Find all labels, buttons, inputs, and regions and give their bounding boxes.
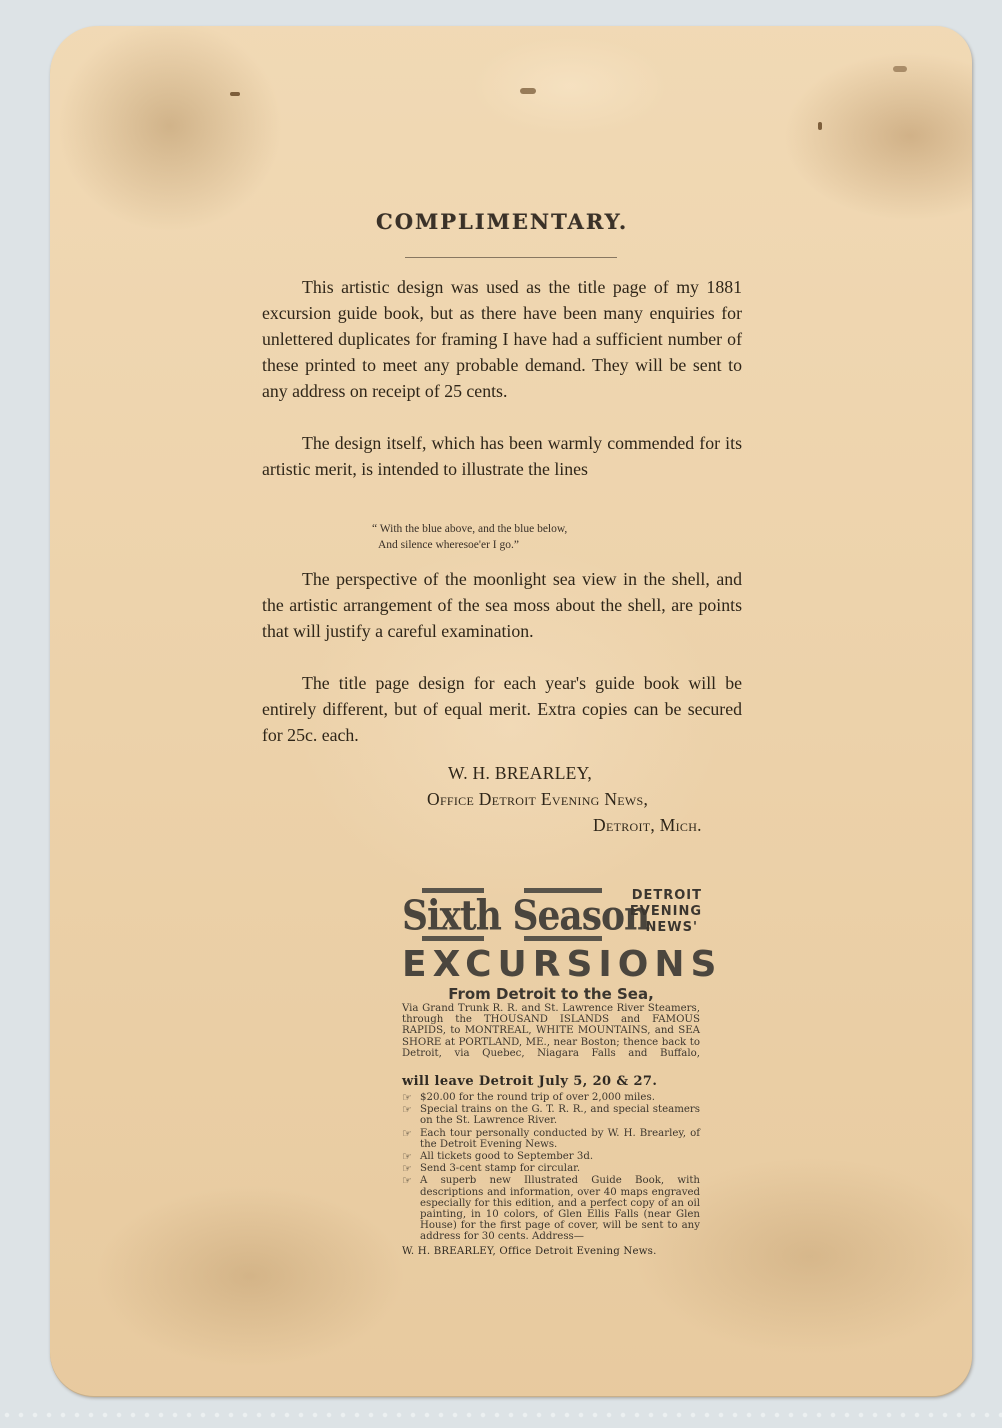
list-item: ☞ Special trains on the G. T. R. R., and… xyxy=(402,1104,700,1126)
departure-dates: will leave Detroit July 5, 20 & 27. xyxy=(402,1074,700,1089)
excursions-title: EXCURSIONS xyxy=(402,946,700,984)
list-item: ☞ Each tour personally conducted by W. H… xyxy=(402,1128,700,1150)
excursion-subtitle: From Detroit to the Sea, xyxy=(402,985,700,1003)
pointing-hand-icon: ☞ xyxy=(402,1104,420,1126)
title-divider xyxy=(405,257,617,258)
ornament-bar xyxy=(422,936,484,941)
pointing-hand-icon: ☞ xyxy=(402,1128,420,1150)
ad-address: W. H. BREARLEY, Office Detroit Evening N… xyxy=(402,1246,700,1257)
list-item: ☞ Send 3-cent stamp for circular. xyxy=(402,1163,700,1174)
route-description: Via Grand Trunk R. R. and St. Lawrence R… xyxy=(402,1003,700,1059)
ink-stain xyxy=(520,88,536,94)
page-title: COMPLIMENTARY. xyxy=(262,209,742,234)
paragraph-perspective: The perspective of the moonlight sea vie… xyxy=(262,566,742,644)
paragraph-intro: This artistic design was used as the tit… xyxy=(262,274,742,404)
excursion-advertisement: Sixth Season DETROIT EVENING NEWS' EXCUR… xyxy=(402,886,700,948)
publisher-name: DETROIT EVENING NEWS' xyxy=(612,888,702,936)
ink-stain xyxy=(893,66,907,72)
pointing-hand-icon: ☞ xyxy=(402,1175,420,1242)
paragraph-extra-copies: The title page design for each year's gu… xyxy=(262,670,742,748)
list-item: ☞ All tickets good to September 3d. xyxy=(402,1151,700,1162)
pointing-hand-icon: ☞ xyxy=(402,1092,420,1103)
signature-city: Detroit, Mich. xyxy=(593,815,702,836)
ad-headline: Sixth Season DETROIT EVENING NEWS' xyxy=(402,886,700,948)
paragraph-design: The design itself, which has been warmly… xyxy=(262,430,742,482)
poem-quote: “ With the blue above, and the blue belo… xyxy=(372,521,692,553)
ad-bullet-list: ☞ $20.00 for the round trip of over 2,00… xyxy=(402,1092,700,1257)
list-item: ☞ A superb new Illustrated Guide Book, w… xyxy=(402,1175,700,1242)
pointing-hand-icon: ☞ xyxy=(402,1151,420,1162)
ink-stain xyxy=(818,122,822,130)
scanner-sleeve-edge xyxy=(0,1410,1002,1420)
quote-line-1: “ With the blue above, and the blue belo… xyxy=(372,521,692,537)
list-item: ☞ $20.00 for the round trip of over 2,00… xyxy=(402,1092,700,1103)
quote-line-2: And silence wheresoe'er I go.” xyxy=(372,537,692,553)
pointing-hand-icon: ☞ xyxy=(402,1163,420,1174)
ink-stain xyxy=(230,92,240,96)
signature-office: Office Detroit Evening News, xyxy=(427,789,648,810)
document-page: COMPLIMENTARY. This artistic design was … xyxy=(50,26,972,1396)
signature-name: W. H. BREARLEY, xyxy=(448,763,592,784)
ornament-bar xyxy=(524,936,602,941)
